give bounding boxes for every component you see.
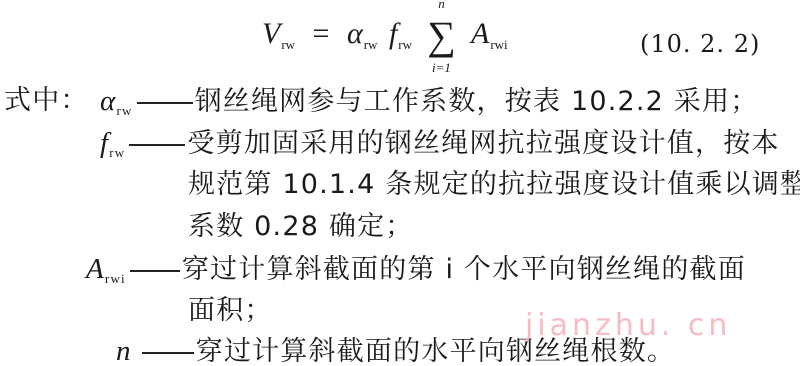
definition-A: Arwi穿过计算斜截面的第 i 个水平向钢丝绳的截面 <box>86 252 746 296</box>
definition-f-line-3: 系数 0.28 确定； <box>188 210 413 244</box>
definition-f-line-2: 规范第 10.1.4 条规定的抗拉强度设计值乘以调整 <box>188 168 800 202</box>
sum-lower-limit: i=1 <box>422 60 462 76</box>
em-dash <box>142 352 194 354</box>
sum-upper-limit: n <box>422 0 462 12</box>
definition-A-line-2: 面积； <box>188 294 273 328</box>
formula-f: f <box>389 17 397 50</box>
formula-alpha: α <box>347 17 363 50</box>
em-dash <box>137 102 193 104</box>
em-dash <box>130 270 180 272</box>
formula-f-sub: rw <box>398 37 412 52</box>
em-dash <box>129 144 185 146</box>
formula: Vrw = αrw frw n ∑ i=1 Arwi <box>262 16 508 86</box>
definition-symbol: Arwi <box>86 253 126 285</box>
definition-f: frw受剪加固采用的钢丝绳网抗拉强度设计值，按本 <box>100 126 780 170</box>
formula-lhs-sub: rw <box>281 37 295 52</box>
formula-equals: = <box>313 17 330 50</box>
definition-symbol: n <box>116 335 132 366</box>
definition-text: 钢丝绳网参与工作系数，按表 10.2.2 采用； <box>195 86 759 117</box>
definition-text: 穿过计算斜截面的第 i 个水平向钢丝绳的截面 <box>182 254 746 285</box>
definition-text: 受剪加固采用的钢丝绳网抗拉强度设计值，按本 <box>187 128 779 159</box>
watermark: jianzhu. cn <box>525 308 731 343</box>
sigma-icon: ∑ <box>422 16 462 56</box>
formula-A: A <box>471 17 489 50</box>
definition-alpha: αrw钢丝绳网参与工作系数，按表 10.2.2 采用； <box>100 84 758 128</box>
summation: n ∑ i=1 <box>422 16 462 56</box>
definition-symbol: frw <box>100 127 125 159</box>
formula-lhs: V <box>262 17 280 50</box>
where-label: 式中： <box>4 84 89 118</box>
definition-symbol: αrw <box>100 85 133 117</box>
formula-alpha-sub: rw <box>364 37 378 52</box>
equation-number: (10. 2. 2) <box>640 30 760 58</box>
formula-A-sub: rwi <box>490 37 507 52</box>
